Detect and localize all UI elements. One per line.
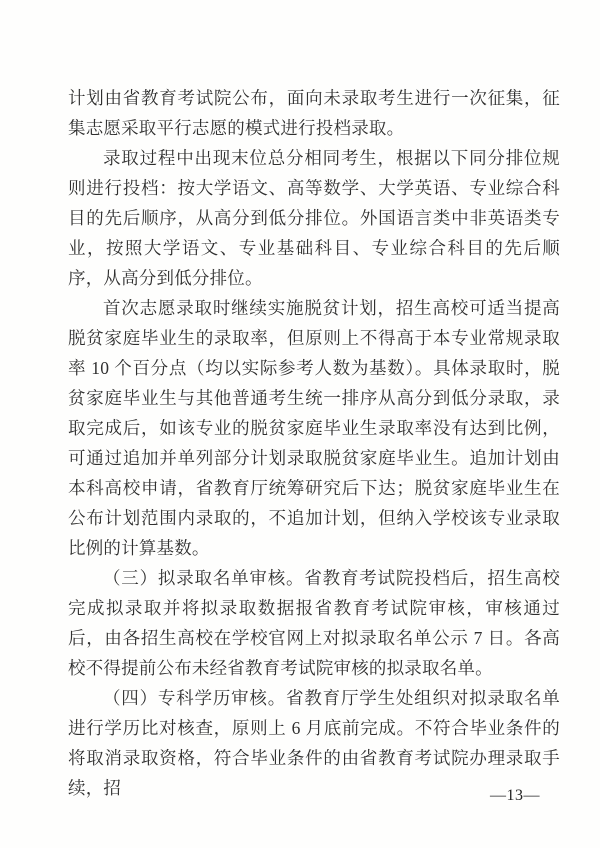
document-text-block: 计划由省教育考试院公布，面向未录取考生进行一次征集，征集志愿采取平行志愿的模式进…: [68, 83, 560, 803]
paragraph-tie-break-rules: 录取过程中出现末位总分相同考生，根据以下同分排位规则进行投档：按大学语文、高等数…: [68, 143, 560, 293]
page-number: —13—: [490, 787, 540, 805]
paragraph-admission-list-review: （三）拟录取名单审核。省教育考试院投档后，招生高校完成拟录取并将拟录取数据报省教…: [68, 563, 560, 683]
document-page: 计划由省教育考试院公布，面向未录取考生进行一次征集，征集志愿采取平行志愿的模式进…: [0, 0, 600, 848]
paragraph-continuation: 计划由省教育考试院公布，面向未录取考生进行一次征集，征集志愿采取平行志愿的模式进…: [68, 83, 560, 143]
paragraph-poverty-alleviation-plan: 首次志愿录取时继续实施脱贫计划，招生高校可适当提高脱贫家庭毕业生的录取率，但原则…: [68, 293, 560, 563]
paragraph-diploma-verification: （四）专科学历审核。省教育厅学生处组织对拟录取名单进行学历比对核查，原则上 6 …: [68, 683, 560, 803]
